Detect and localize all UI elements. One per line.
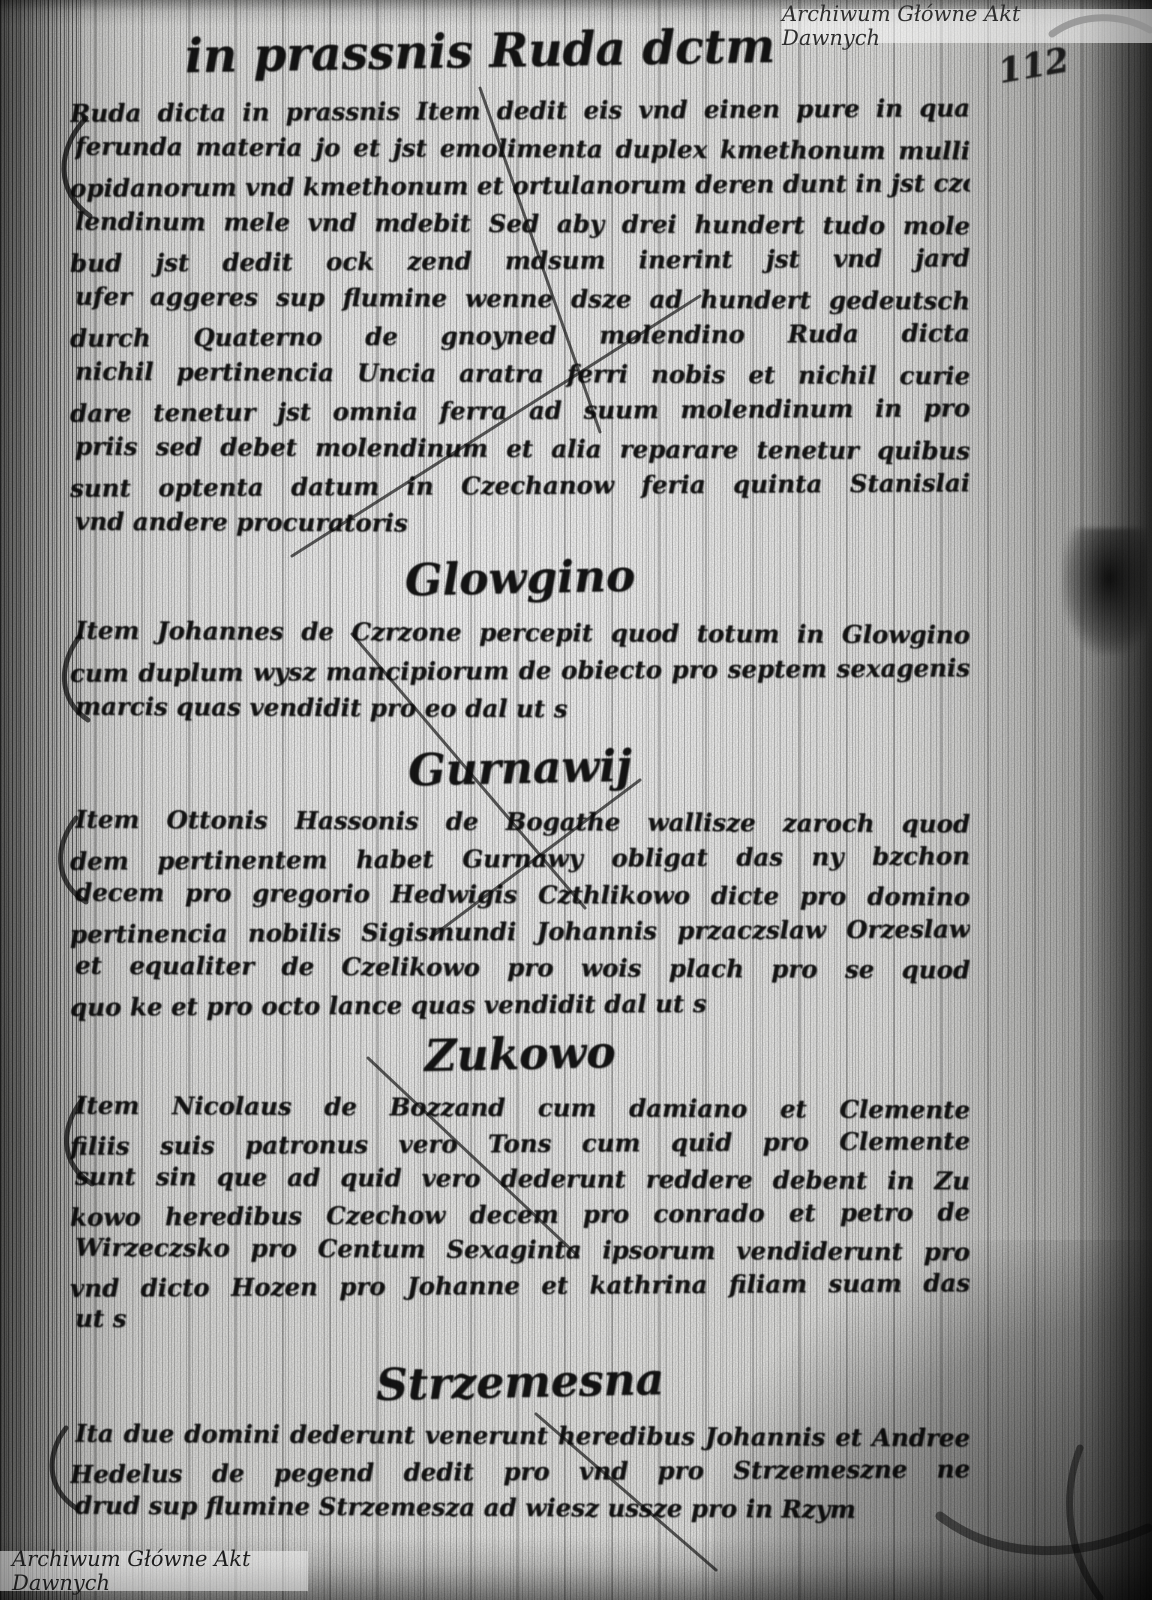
section-zukowo: Zukowo Item Nicolaus de Bozzand cum dami… <box>70 1028 970 1339</box>
manuscript-line: Wirzeczsko pro Centum Sexaginta ipsorum … <box>75 1230 970 1270</box>
manuscript-line: et equaliter de Czelikowo pro wois plach… <box>75 948 970 989</box>
section-heading-gurnawij: Gurnawij <box>70 733 971 806</box>
section-heading-zukowo: Zukowo <box>70 1019 971 1092</box>
manuscript-line: ut s <box>75 1301 970 1341</box>
manuscript-line: Item Nicolaus de Bozzand cum damiano et … <box>75 1088 970 1128</box>
manuscript-line: dem pertinentem habet Gurnawy obligat da… <box>70 838 970 880</box>
manuscript-line: Ita due domini dederunt venerunt heredib… <box>75 1416 970 1457</box>
manuscript-line: durch Quaterno de gnoyned molendino Ruda… <box>70 314 970 357</box>
manuscript-line: Item Ottonis Hassonis de Bogathe wallisz… <box>75 802 970 843</box>
section-ruda: Ruda dicta in prassnis Item dedit eis vn… <box>70 92 970 542</box>
manuscript-line: Item Johannes de Czrzone percepit quod t… <box>75 612 970 655</box>
manuscript-line: nichil pertinencia Uncia aratra ferri no… <box>75 352 970 394</box>
manuscript-line: dare tenetur jst omnia ferra ad suum mol… <box>70 389 970 432</box>
manuscript-line: marcis quas vendidit pro eo dal ut s <box>75 688 970 731</box>
page-title: in prassnis Ruda dctm <box>130 18 831 85</box>
manuscript-line: quo ke et pro octo lance quas vendidit d… <box>70 984 970 1026</box>
manuscript-line: Hedelus de pegend dedit pro vnd pro Strz… <box>70 1451 970 1492</box>
manuscript-line: cum duplum wysz mancipiorum de obiecto p… <box>70 649 970 692</box>
manuscript-line: ufer aggeres sup flumine wenne dsze ad h… <box>75 277 970 319</box>
manuscript-line: filiis suis patronus vero Tons cum quid … <box>70 1123 970 1164</box>
section-heading-glowgino: Glowgino <box>70 543 971 616</box>
manuscript-line: sunt sin que ad quid vero dederunt redde… <box>75 1159 970 1199</box>
manuscript-line: priis sed debet molendinum et alia repar… <box>75 427 970 469</box>
section-glowgino: Glowgino Item Johannes de Czrzone percep… <box>70 552 970 728</box>
section-strzemesna: Strzemesna Ita due domini dederunt vener… <box>70 1356 970 1526</box>
section-heading-strzemesna: Strzemesna <box>70 1347 971 1420</box>
manuscript-line: pertinencia nobilis Sigismundi Johannis … <box>70 911 970 953</box>
manuscript-line: Ruda dicta in prassnis Item dedit eis vn… <box>70 89 970 132</box>
manuscript-scan-page: in prassnis Ruda dctm 112 Ruda dicta in … <box>0 0 1152 1600</box>
manuscript-line: drud sup flumine Strzemesza ad wiesz uss… <box>75 1488 970 1529</box>
manuscript-line: decem pro gregorio Hedwigis Czthlikowo d… <box>75 875 970 916</box>
manuscript-line: bud jst dedit ock zend mdsum inerint jst… <box>70 239 970 282</box>
manuscript-line: sunt optenta datum in Czechanow feria qu… <box>70 464 970 507</box>
manuscript-line: vnd andere procuratoris <box>75 502 970 544</box>
manuscript-line: vnd dicto Hozen pro Johanne et kathrina … <box>70 1265 970 1306</box>
manuscript-text-layer: in prassnis Ruda dctm 112 Ruda dicta in … <box>0 0 1152 1600</box>
manuscript-line: lendinum mele vnd mdebit Sed aby drei hu… <box>75 202 970 244</box>
section-gurnawij: Gurnawij Item Ottonis Hassonis de Bogath… <box>70 742 970 1023</box>
folio-number: 112 <box>995 40 1072 92</box>
manuscript-line: kowo heredibus Czechow decem pro conrado… <box>70 1194 970 1235</box>
manuscript-line: opidanorum vnd kmethonum et ortulanorum … <box>70 164 970 207</box>
manuscript-line: ferunda materia jo et jst emolimenta dup… <box>75 127 970 169</box>
